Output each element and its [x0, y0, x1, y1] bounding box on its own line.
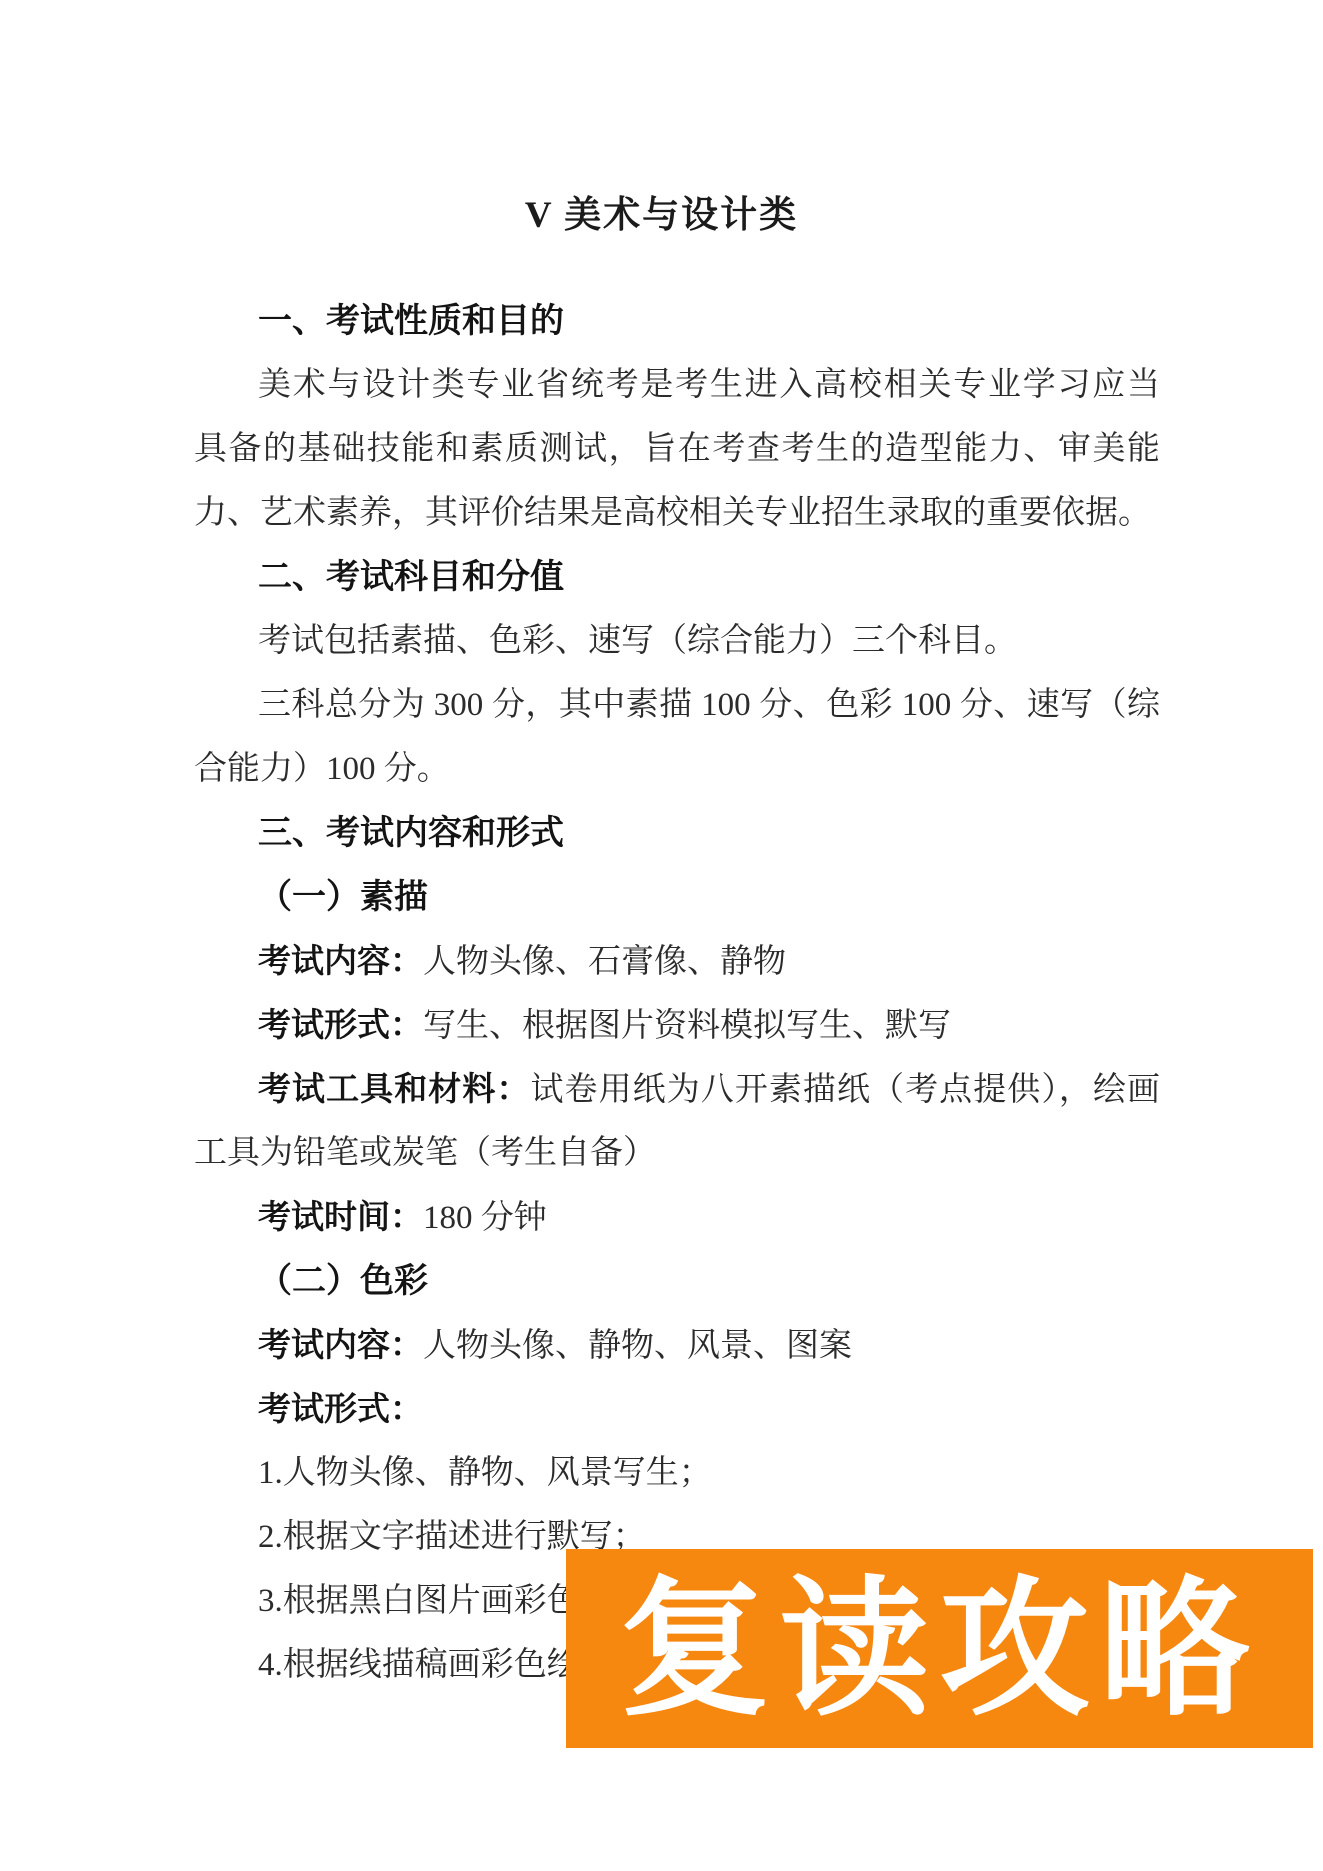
- paragraph-line: 力、艺术素养，其评价结果是高校相关专业招生录取的重要依据。: [194, 481, 1160, 545]
- field-line-exam-tools: 考试工具和材料：试卷用纸为八开素描纸（考点提供），绘画: [194, 1057, 1160, 1121]
- field-value: 人物头像、石膏像、静物: [423, 944, 786, 980]
- field-line-exam-time: 考试时间：180 分钟: [194, 1185, 1160, 1249]
- paragraph-line: 美术与设计类专业省统考是考生进入高校相关专业学习应当: [194, 353, 1160, 417]
- paragraph-line: 合能力）100 分。: [194, 737, 1160, 801]
- paragraph-line: 具备的基础技能和素质测试，旨在考查考生的造型能力、审美能: [194, 417, 1160, 481]
- list-item-1: 1.人物头像、静物、风景写生；: [194, 1441, 1160, 1505]
- field-value: 试卷用纸为八开素描纸（考点提供），绘画: [530, 1072, 1160, 1108]
- field-value: 写生、根据图片资料模拟写生、默写: [423, 1008, 951, 1044]
- field-label: 考试时间：: [258, 1198, 423, 1235]
- field-line-exam-form-2: 考试形式：: [194, 1377, 1160, 1441]
- field-label: 考试内容：: [258, 1326, 423, 1363]
- subsection-heading-color: （二）色彩: [194, 1249, 1160, 1313]
- document-page: V 美术与设计类 一、考试性质和目的 美术与设计类专业省统考是考生进入高校相关专…: [0, 0, 1323, 1871]
- section-heading-2: 二、考试科目和分值: [194, 545, 1160, 609]
- field-line-exam-form: 考试形式：写生、根据图片资料模拟写生、默写: [194, 993, 1160, 1057]
- field-line-exam-content-2: 考试内容：人物头像、静物、风景、图案: [194, 1313, 1160, 1377]
- field-label: 考试内容：: [258, 942, 423, 979]
- field-line-exam-content: 考试内容：人物头像、石膏像、静物: [194, 929, 1160, 993]
- field-value: 人物头像、静物、风景、图案: [423, 1328, 852, 1364]
- page-title: V 美术与设计类: [0, 192, 1323, 240]
- watermark-banner: 复读攻略: [566, 1549, 1313, 1748]
- paragraph-line: 考试包括素描、色彩、速写（综合能力）三个科目。: [194, 609, 1160, 673]
- field-value: 180 分钟: [423, 1200, 547, 1236]
- section-heading-3: 三、考试内容和形式: [194, 801, 1160, 865]
- field-label: 考试形式：: [258, 1006, 423, 1043]
- watermark-text: 复读攻略: [619, 1574, 1259, 1724]
- paragraph-line: 工具为铅笔或炭笔（考生自备）: [194, 1121, 1160, 1185]
- section-heading-1: 一、考试性质和目的: [194, 289, 1160, 353]
- field-label: 考试形式：: [258, 1390, 423, 1427]
- document-body: 一、考试性质和目的 美术与设计类专业省统考是考生进入高校相关专业学习应当 具备的…: [194, 289, 1160, 1697]
- subsection-heading-sketch: （一）素描: [194, 865, 1160, 929]
- field-label: 考试工具和材料：: [258, 1070, 530, 1107]
- paragraph-line: 三科总分为 300 分，其中素描 100 分、色彩 100 分、速写（综: [194, 673, 1160, 737]
